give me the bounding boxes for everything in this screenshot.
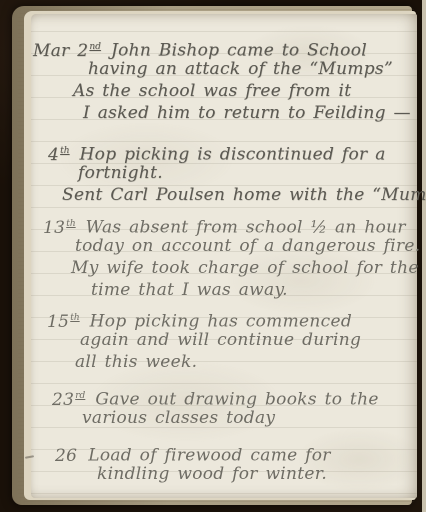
entry-line: Sent Carl Poulsen home with the “Mumps” bbox=[62, 184, 426, 206]
entry-date: 26 bbox=[55, 446, 78, 466]
entry-date: 15th bbox=[47, 312, 80, 332]
entry-day: 26 bbox=[55, 446, 77, 466]
entry-line: 13thWas absent from school ½ an hour bbox=[43, 213, 420, 235]
entry-ordinal: nd bbox=[89, 42, 101, 52]
entry-day: 15 bbox=[47, 312, 69, 332]
journal-entry-13th: 13thWas absent from school ½ an hour tod… bbox=[43, 213, 420, 301]
journal-entry-4th: 4thHop picking is discontinued for a for… bbox=[48, 140, 426, 206]
entry-line: 23rdGave out drawing books to the bbox=[52, 385, 379, 407]
journal-entry-26: 26Load of firewood came for kindling woo… bbox=[55, 441, 331, 485]
entry-line: kindling wood for winter. bbox=[97, 463, 331, 485]
entry-day: 4 bbox=[48, 145, 59, 165]
entry-line: My wife took charge of school for the bbox=[71, 257, 420, 279]
entry-day: Mar 2 bbox=[33, 41, 88, 61]
entry-line: fortnight. bbox=[78, 162, 426, 184]
journal-page: Mar 2ndJohn Bishop came to School having… bbox=[31, 14, 417, 498]
entry-line: having an attack of the “Mumps” bbox=[88, 58, 411, 80]
facing-page-sliver bbox=[422, 0, 426, 512]
entry-line: 15thHop picking has commenced bbox=[47, 307, 361, 329]
entry-date: 23rd bbox=[52, 390, 85, 410]
entry-day: 23 bbox=[52, 390, 74, 410]
entry-line: I asked him to return to Feilding — bbox=[83, 102, 411, 124]
entry-line: all this week. bbox=[75, 351, 361, 373]
entry-line: Mar 2ndJohn Bishop came to School bbox=[33, 36, 411, 58]
entry-ordinal: th bbox=[66, 219, 75, 229]
journal-entry-15th: 15thHop picking has commenced again and … bbox=[47, 307, 361, 373]
entry-date: 13th bbox=[43, 218, 76, 238]
entry-line: time that I was away. bbox=[91, 279, 420, 301]
entry-line: today on account of a dangerous fire. bbox=[75, 235, 420, 257]
entry-ordinal: th bbox=[60, 146, 69, 156]
entry-line: 4thHop picking is discontinued for a bbox=[48, 140, 426, 162]
entry-line: As the school was free from it bbox=[73, 80, 411, 102]
journal-entry-23rd: 23rdGave out drawing books to the variou… bbox=[52, 385, 379, 429]
entry-line: again and will continue during bbox=[80, 329, 361, 351]
entry-line: 26Load of firewood came for bbox=[55, 441, 331, 463]
entry-day: 13 bbox=[43, 218, 65, 238]
journal-entry-mar-2: Mar 2ndJohn Bishop came to School having… bbox=[33, 36, 411, 124]
entry-date: 4th bbox=[48, 145, 70, 165]
entry-line: various classes today bbox=[82, 407, 379, 429]
entry-ordinal: th bbox=[70, 313, 79, 323]
entry-ordinal: rd bbox=[75, 391, 85, 401]
